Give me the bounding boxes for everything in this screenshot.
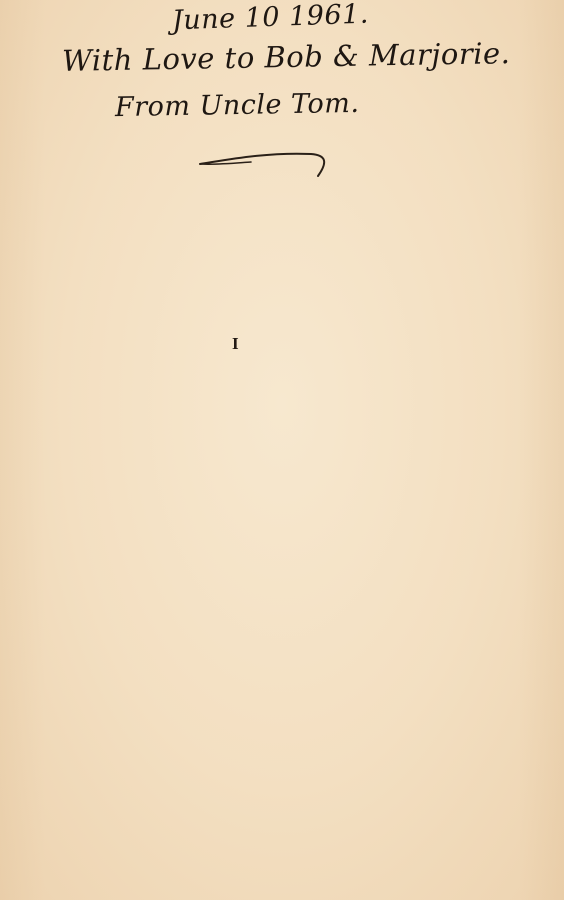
flourish-icon [196, 148, 331, 183]
inscription-dedication: With Love to Bob & Marjorie. [62, 36, 511, 78]
book-page: June 10 1961. With Love to Bob & Marjori… [0, 0, 564, 900]
inscription-date: June 10 1961. [172, 0, 370, 36]
page-number: I [232, 334, 239, 354]
inscription-signature: From Uncle Tom. [115, 88, 360, 123]
